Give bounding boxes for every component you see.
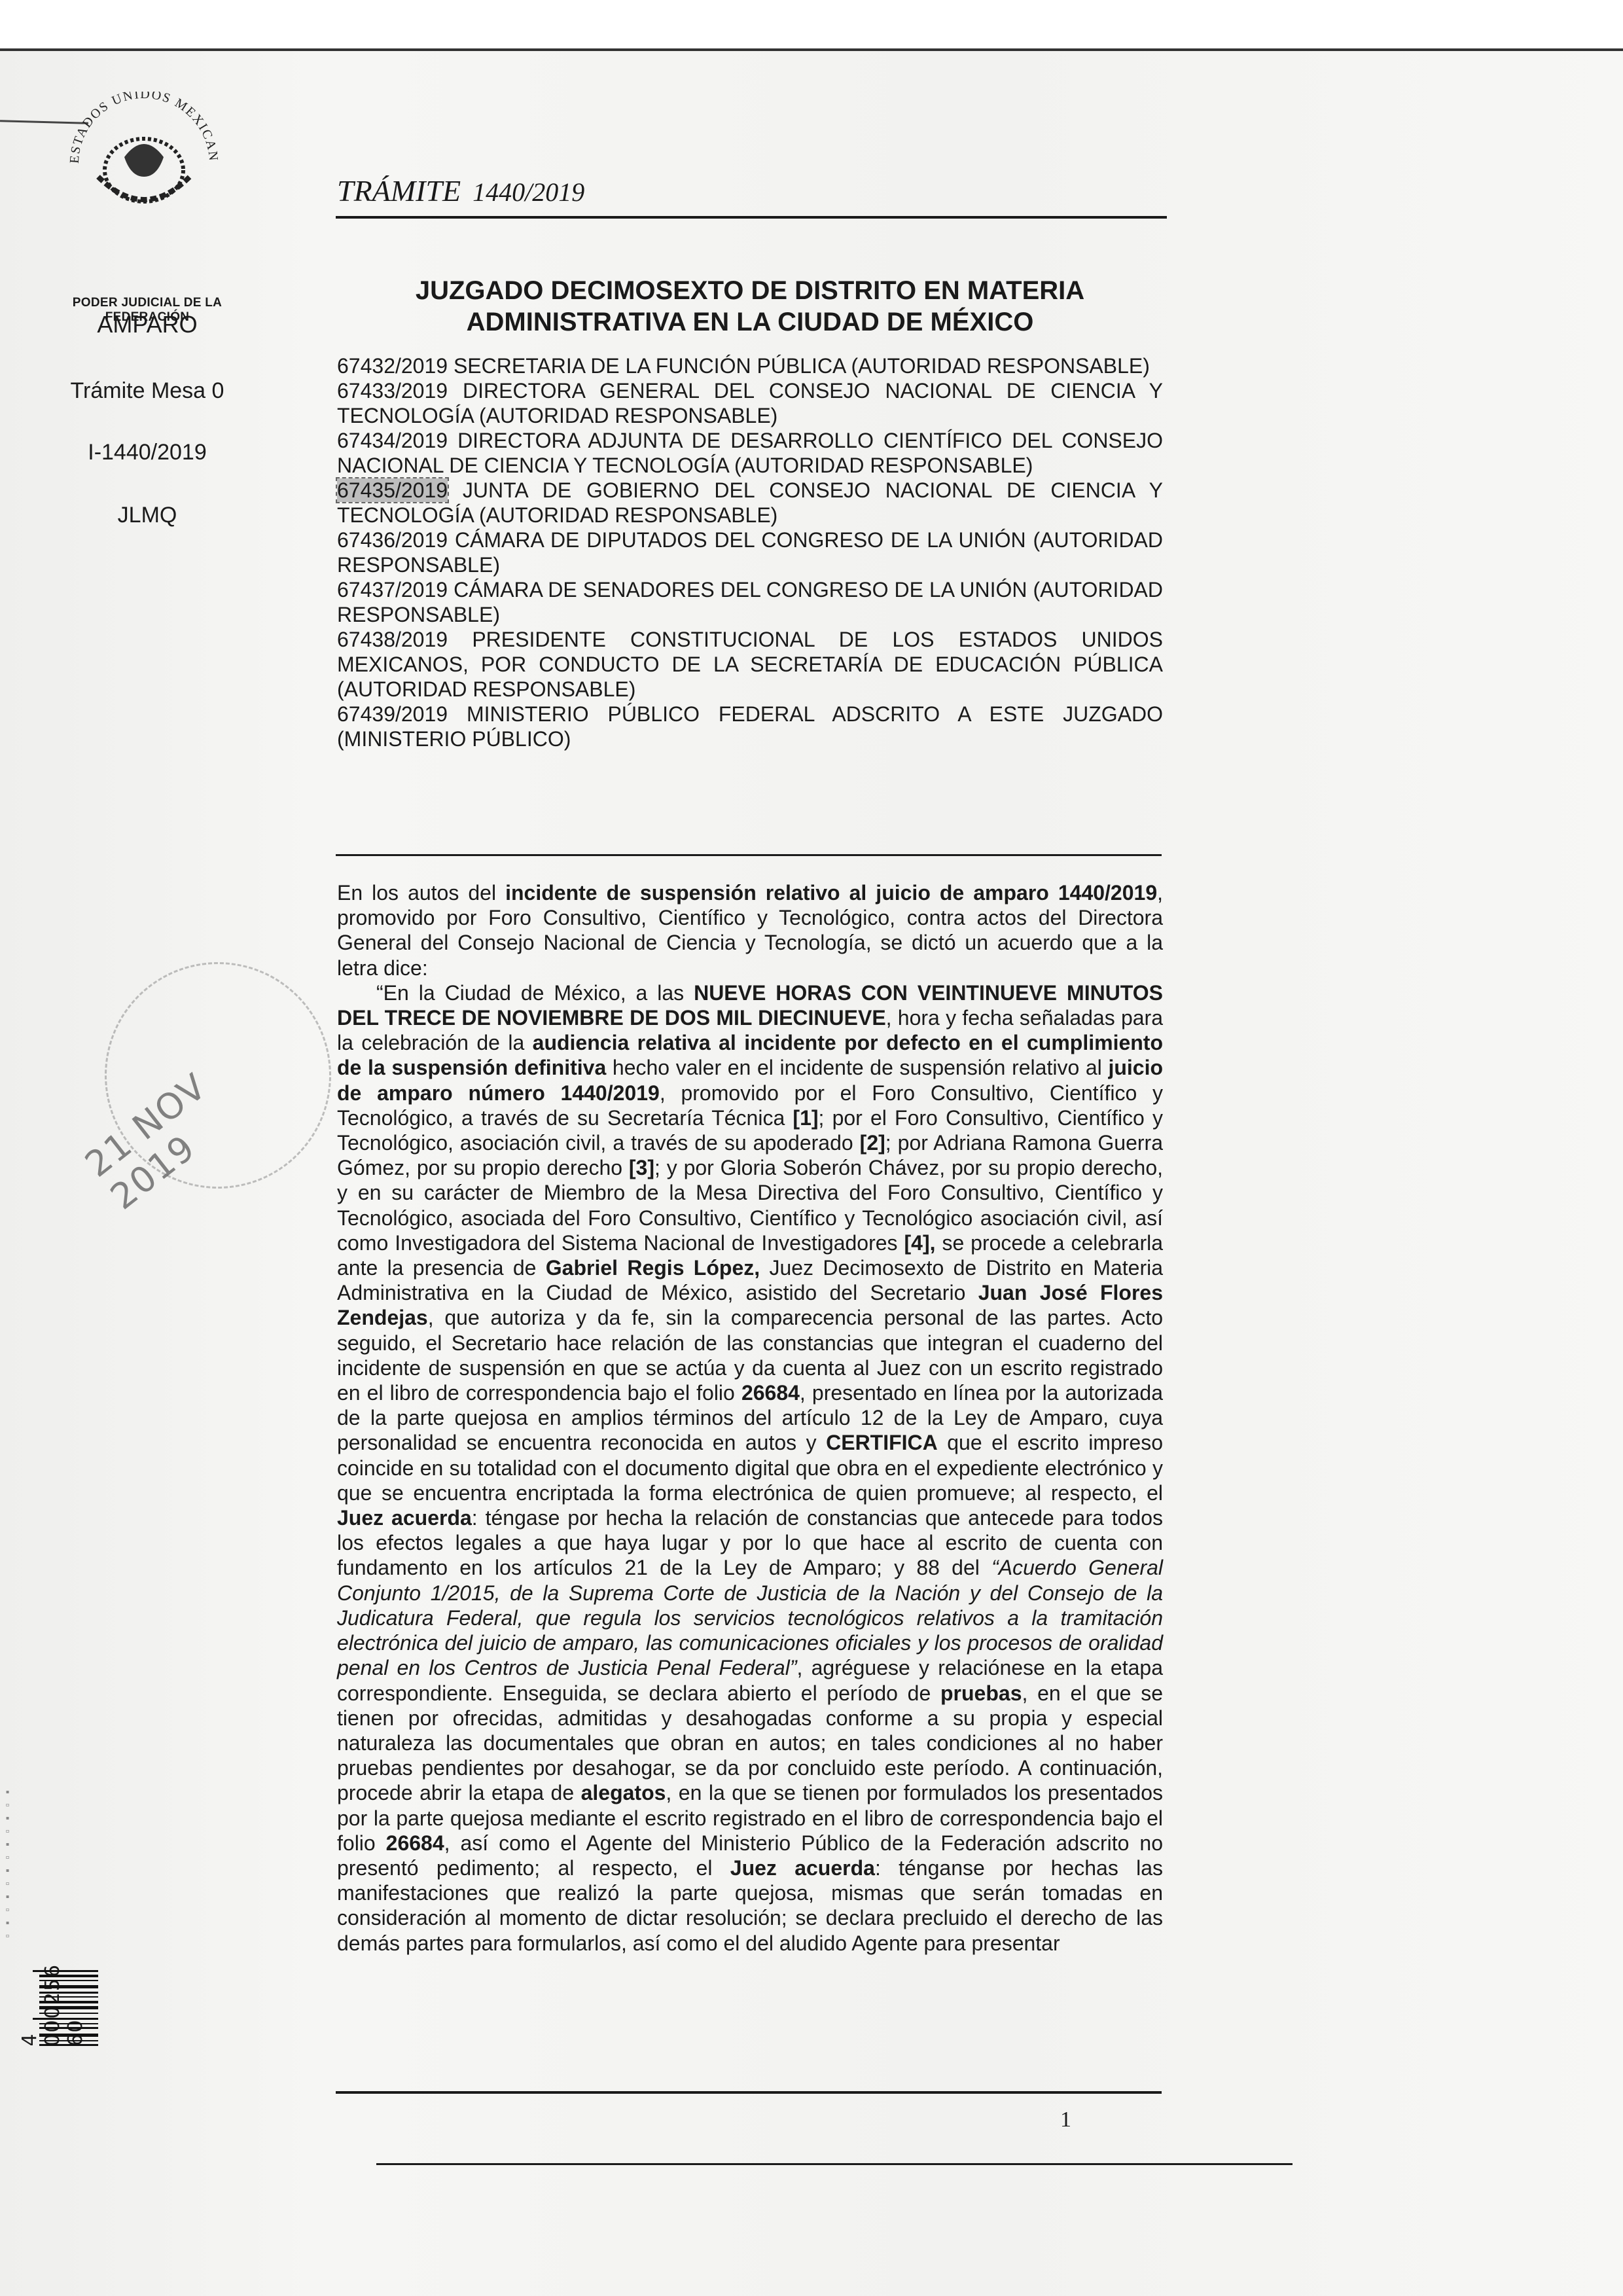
emphasis-text: Gabriel Regis López, [546,1256,760,1280]
party-name: MINISTERIO PÚBLICO FEDERAL ADSCRITO A ES… [337,702,1163,751]
section-rule [336,854,1162,856]
footer-rule-top [336,2091,1162,2094]
emphasis-text: [2] [860,1131,885,1155]
party-name: CÁMARA DE DIPUTADOS DEL CONGRESO DE LA U… [337,528,1163,577]
page-number: 1 [1060,2108,1071,2132]
desk-label: Trámite Mesa 0 [33,378,262,404]
side-print-mark: ▪▫▪▫▪▫▪▫▪▫▪▫ [1,1787,13,1944]
emphasis-text: Juez acuerda [730,1856,875,1880]
party-entry: 67435/2019 JUNTA DE GOBIERNO DEL CONSEJO… [337,478,1163,528]
party-entry: 67436/2019 CÁMARA DE DIPUTADOS DEL CONGR… [337,528,1163,577]
party-entry: 67437/2019 CÁMARA DE SENADORES DEL CONGR… [337,577,1163,627]
party-folio: 67432/2019 [337,354,448,378]
party-folio: 67434/2019 [337,429,448,452]
emphasis-text: incidente de suspensión relativo al juic… [505,881,1157,905]
parties-list: 67432/2019 SECRETARIA DE LA FUNCIÓN PÚBL… [337,353,1163,751]
clerk-initials: JLMQ [33,503,262,528]
text-run: En los autos del [337,881,505,905]
department-label: AMPARO [33,311,262,338]
emphasis-text: alegatos [581,1781,666,1804]
tramite-label: TRÁMITE [337,174,461,207]
agreement-text: En los autos del incidente de suspensión… [337,880,1163,1956]
emphasis-text: Juez acuerda [337,1506,472,1530]
party-name: JUNTA DE GOBIERNO DEL CONSEJO NACIONAL D… [337,478,1163,527]
barcode-icon [33,1967,98,2052]
party-name: SECRETARIA DE LA FUNCIÓN PÚBLICA (AUTORI… [454,354,1150,378]
emphasis-text: CERTIFICA [826,1431,938,1454]
mexican-coat-of-arms-icon: ESTADOS UNIDOS MEXICANOS [59,92,229,223]
party-folio: 67435/2019 [337,478,448,502]
party-name: DIRECTORA GENERAL DEL CONSEJO NACIONAL D… [337,379,1163,427]
emphasis-text: [3] [629,1156,654,1179]
text-run: “En la Ciudad de México, a las [376,981,694,1005]
emphasis-text: 26684 [386,1831,444,1855]
party-entry: 67434/2019 DIRECTORA ADJUNTA DE DESARROL… [337,428,1163,478]
emphasis-text: pruebas [940,1681,1022,1705]
hearing-paragraph: “En la Ciudad de México, a las NUEVE HOR… [337,980,1163,1956]
party-name: PRESIDENTE CONSTITUCIONAL DE LOS ESTADOS… [337,628,1163,701]
party-entry: 67439/2019 MINISTERIO PÚBLICO FEDERAL AD… [337,702,1163,751]
party-folio: 67437/2019 [337,578,448,601]
emphasis-text: 26684 [741,1381,800,1405]
party-name: CÁMARA DE SENADORES DEL CONGRESO DE LA U… [337,578,1163,626]
party-folio: 67439/2019 [337,702,448,726]
court-title: JUZGADO DECIMOSEXTO DE DISTRITO EN MATER… [337,275,1163,338]
party-name: DIRECTORA ADJUNTA DE DESARROLLO CIENTÍFI… [337,429,1163,477]
tramite-header: TRÁMITE1440/2019 [337,173,584,208]
court-title-line-1: JUZGADO DECIMOSEXTO DE DISTRITO EN MATER… [337,275,1163,306]
emphasis-text: [1] [793,1106,818,1130]
emphasis-text: [4], [904,1231,936,1255]
footer-rule-bottom [376,2163,1293,2165]
party-folio: 67433/2019 [337,379,448,403]
party-entry: 67432/2019 SECRETARIA DE LA FUNCIÓN PÚBL… [337,353,1163,378]
intro-paragraph: En los autos del incidente de suspensión… [337,880,1163,980]
party-entry: 67433/2019 DIRECTORA GENERAL DEL CONSEJO… [337,378,1163,428]
header-rule [336,216,1167,219]
court-title-line-2: ADMINISTRATIVA EN LA CIUDAD DE MÉXICO [337,306,1163,338]
party-folio: 67438/2019 [337,628,448,651]
party-entry: 67438/2019 PRESIDENTE CONSTITUCIONAL DE … [337,627,1163,702]
scanner-edge [0,0,1623,51]
case-reference: I-1440/2019 [33,440,262,465]
party-folio: 67436/2019 [337,528,448,552]
tramite-number: 1440/2019 [473,177,584,207]
text-run: hecho valer en el incidente de suspensió… [606,1056,1108,1079]
